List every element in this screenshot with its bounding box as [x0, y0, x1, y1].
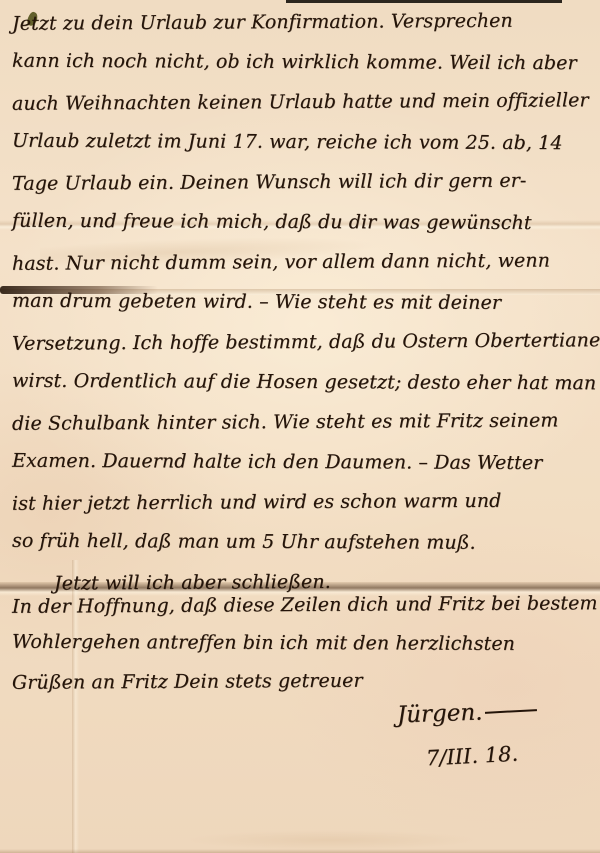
letter-closing: In der Hoffnung, daß diese Zeilen dich u… [12, 586, 596, 700]
letter-line: füllen, und freue ich mich, daß du dir w… [12, 201, 596, 244]
letter-line: man drum gebeten wird. – Wie steht es mi… [12, 281, 596, 324]
closing-line: Grüßen an Fritz Dein stets getreuer [12, 660, 596, 702]
letter-line: auch Weihnachten keinen Urlaub hatte und… [12, 80, 596, 124]
letter-line: Examen. Dauernd halte ich den Daumen. – … [12, 441, 596, 484]
paper-wrinkle [180, 830, 480, 850]
letter-line: ist hier jetzt herrlich und wird es scho… [12, 480, 596, 524]
letter-body: Jetzt zu dein Urlaub zur Konfirmation. V… [12, 2, 596, 602]
letter-line: Jetzt zu dein Urlaub zur Konfirmation. V… [12, 0, 596, 44]
letter-scan-page: Jetzt zu dein Urlaub zur Konfirmation. V… [0, 0, 600, 853]
letter-line: Tage Urlaub ein. Deinen Wunsch will ich … [12, 160, 596, 204]
closing-line: Wohlergehen antreffen bin ich mit den he… [12, 623, 596, 664]
signature: Jürgen. [396, 698, 536, 729]
closing-line: In der Hoffnung, daß diese Zeilen dich u… [12, 584, 596, 626]
date-line: 7/III. 18. [425, 742, 518, 771]
letter-line: kann ich noch nicht, ob ich wirklich kom… [12, 41, 596, 84]
letter-line: die Schulbank hinter sich. Wie steht es … [12, 400, 596, 444]
letter-line: so früh hell, daß man um 5 Uhr aufstehen… [12, 521, 596, 564]
letter-line: wirst. Ordentlich auf die Hosen gesetzt;… [12, 361, 596, 404]
scan-edge-artifact-bottom [0, 849, 600, 853]
letter-line: hast. Nur nicht dumm sein, vor allem dan… [12, 240, 596, 284]
signature-flourish [484, 709, 536, 714]
signature-name: Jürgen. [396, 699, 482, 728]
letter-line: Urlaub zuletzt im Juni 17. war, reiche i… [12, 121, 596, 164]
letter-line: Versetzung. Ich hoffe bestimmt, daß du O… [12, 320, 596, 364]
